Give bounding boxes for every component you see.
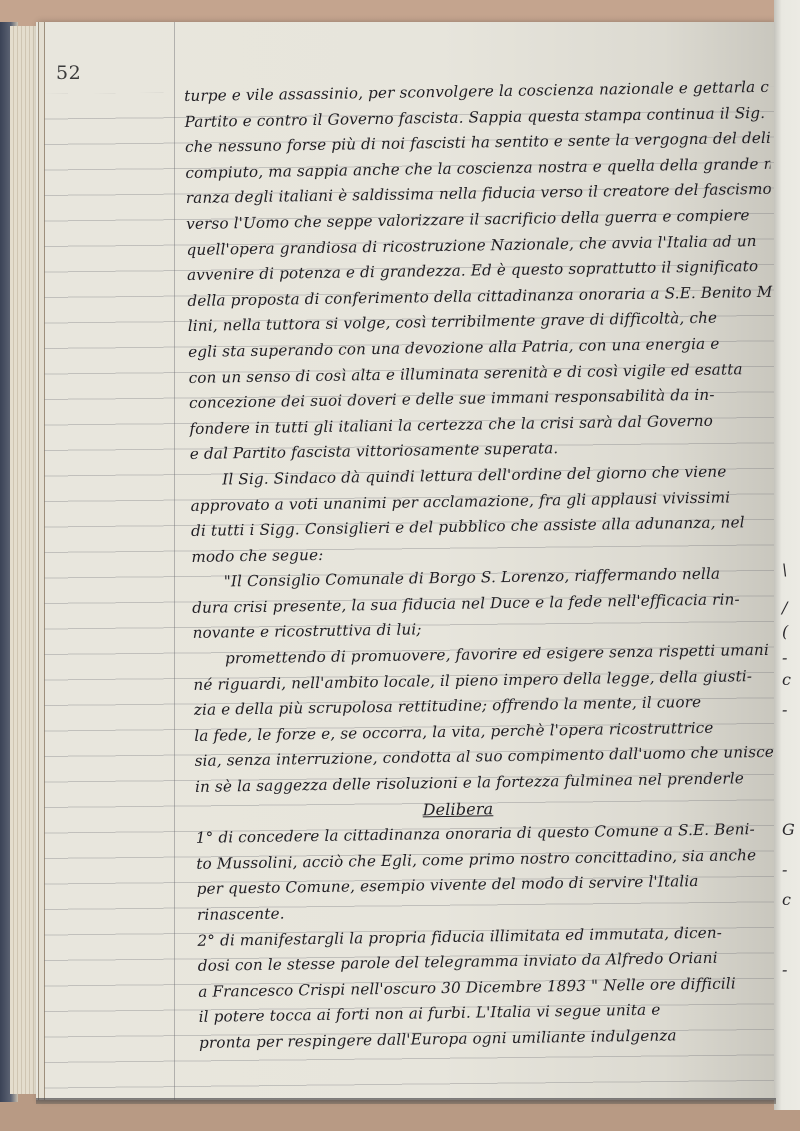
adjacent-page-fragment: - xyxy=(782,700,787,719)
adjacent-page-fragment: G xyxy=(782,820,795,839)
adjacent-page-fragment: - xyxy=(782,960,787,979)
adjacent-page-fragment: ( xyxy=(782,622,788,641)
adjacent-page-fragment: \ xyxy=(782,560,787,579)
left-margin-rule xyxy=(174,22,175,1100)
adjacent-page-fragment: - xyxy=(782,648,787,667)
adjacent-page-fragment: / xyxy=(782,598,787,617)
adjacent-page-edge: \ / ( - c - G - c - xyxy=(774,0,800,1110)
ledger-page: 52 turpe e vile assassinio, per sconvolg… xyxy=(36,22,774,1100)
scanned-ledger-photo: 52 turpe e vile assassinio, per sconvolg… xyxy=(0,0,800,1131)
page-number: 52 xyxy=(56,62,81,84)
page-bottom-edge xyxy=(36,1098,776,1104)
adjacent-page-fragment: c xyxy=(782,890,791,909)
adjacent-page-fragment: c xyxy=(782,670,791,689)
adjacent-page-fragment: - xyxy=(782,860,787,879)
handwritten-text-block: turpe e vile assassinio, per sconvolgere… xyxy=(184,75,774,1057)
